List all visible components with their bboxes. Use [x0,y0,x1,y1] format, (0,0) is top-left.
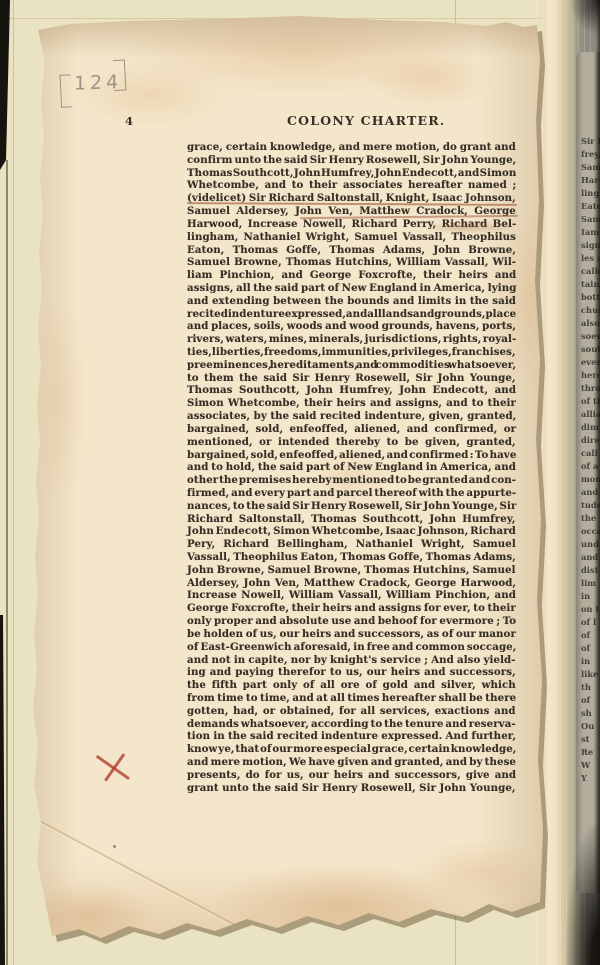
text-fragment-line: and [581,551,600,564]
text-line: and to hold, the said part of New Englan… [187,461,516,474]
text-line: firmed, and every part and parcel thereo… [187,487,516,500]
text-line: other the premises hereby mentioned to b… [187,474,516,487]
text-line: mentioned, or intended thereby to be giv… [187,436,516,449]
text-line: to them the said Sir Henry Rosewell, Sir… [187,372,516,385]
red-x-mark [95,752,135,784]
text-fragment-line: botto [581,291,600,304]
text-fragment-line: in [581,590,600,603]
text-fragment-line: Sir R [581,135,600,148]
text-fragment-line: on t [581,603,600,616]
text-line: of East-Greenwich aforesaid, in free and… [187,641,516,654]
red-x-stroke [104,753,125,782]
pencil-folio-note: 124 [59,58,133,110]
text-fragment-line: mon [581,473,600,486]
scan-edge-shadow [6,160,8,965]
text-fragment-line: of [581,629,600,642]
text-line: liam Pinchion, and George Foxcrofte, the… [187,269,516,282]
text-fragment-line: signs, [581,239,600,252]
text-fragment-line: of a [581,460,600,473]
text-line: only proper and absolute use and behoof … [187,615,516,628]
text-fragment-line: call [581,447,600,460]
text-line: Vassall, Theophilus Eaton, Thomas Goffe,… [187,551,516,564]
text-line: ing and paying therefor to us, our heirs… [187,666,516,679]
text-fragment-line: of [581,642,600,655]
text-line: demands whatsoever, according to the ten… [187,718,516,731]
text-line: Eaton, Thomas Goffe, Thomas Adams, John … [187,244,516,257]
text-line: and not in capite, nor by knight's servi… [187,654,516,667]
scan-shadow-bottom-right [566,825,600,965]
text-line: assigns, all the said part of New Englan… [187,282,516,295]
text-fragment-line: the [581,512,600,525]
text-line: associates, by the said recited indentur… [187,410,516,423]
text-line: bargained, sold, enfeoffed, aliened, and… [187,423,516,436]
text-fragment-line: of [581,694,600,707]
body-text: grace, certain knowledge, and mere motio… [187,141,516,794]
adjacent-page-text: Sir Rfrey,SamuHarwlinghEatonSamuIamsigns… [581,135,600,785]
text-line: gotten, had, or obtained, for all servic… [187,705,516,718]
text-fragment-line: and [581,486,600,499]
text-fragment-line: Samu [581,161,600,174]
text-fragment-line: W [581,759,600,772]
text-fragment-line: und [581,538,600,551]
backing-rule-line [13,0,14,965]
adjacent-page-sliver: Sir Rfrey,SamuHarwlinghEatonSamuIamsigns… [576,52,600,893]
text-line: from time to time, and at all times here… [187,692,516,705]
book-page: 124 4 COLONY CHARTER. grace, certain kno… [0,0,600,965]
scanned-book-photo: Sir Rfrey,SamuHarwlinghEatonSamuIamsigns… [0,0,600,965]
text-line: John Browne, Samuel Browne, Thomas Hutch… [187,564,516,577]
text-fragment-line: les a [581,252,600,265]
text-fragment-line: hered [581,369,600,382]
text-fragment-line: st [581,733,600,746]
text-fragment-line: frey, [581,148,600,161]
pencil-bracket-left-icon [59,74,72,108]
text-fragment-line: sout [581,343,600,356]
text-fragment-line: allia [581,408,600,421]
running-head: COLONY CHARTER. [287,113,445,128]
text-line: presents, do for us, our heirs and succe… [187,769,516,782]
ink-smudge [420,221,515,234]
text-line: confirm unto the said Sir Henry Rosewell… [187,154,516,167]
text-fragment-line: in [581,655,600,668]
text-line: Richard Saltonstall, Thomas Southcott, J… [187,513,516,526]
text-line: be holden of us, our heirs and successor… [187,628,516,641]
text-line: nances, to the said Sir Henry Rosewell, … [187,500,516,513]
text-line: preeminences, hereditaments, and commodi… [187,359,516,372]
text-fragment-line: dire [581,434,600,447]
text-line: John Endecott, Simon Whetcombe, Isaac Jo… [187,525,516,538]
text-line: bargained, sold, enfeoffed, aliened, and… [187,449,516,462]
text-line: the fifth part only of all ore of gold a… [187,679,516,692]
text-fragment-line: throu [581,382,600,395]
text-fragment-line: Ou [581,720,600,733]
text-fragment-line: occa [581,525,600,538]
text-fragment-line: tude [581,499,600,512]
text-fragment-line: of th [581,395,600,408]
text-fragment-line: Iam [581,226,600,239]
text-line: and places, soils, woods and wood ground… [187,320,516,333]
scan-shadow-top-right [570,0,600,34]
text-fragment-line: every [581,356,600,369]
text-fragment-line: Samu [581,213,600,226]
text-line: Aldersey, John Ven, Matthew Cradock, Geo… [187,577,516,590]
text-fragment-line: like [581,668,600,681]
text-fragment-line: Harw [581,174,600,187]
text-line: recited indenture expressed, and all lan… [187,308,516,321]
text-fragment-line: Y [581,772,600,785]
text-line: Whetcombe, and to their associates herea… [187,179,516,192]
text-line: rivers, waters, mines, minerals, jurisdi… [187,333,516,346]
text-line: know ye, that of our more especial grace… [187,743,516,756]
text-fragment-line: lingh [581,187,600,200]
text-fragment-line: chuse [581,304,600,317]
text-line: grace, certain knowledge, and mere motio… [187,141,516,154]
text-line: tion in the said recited indenture expre… [187,730,516,743]
text-line: and extending between the bounds and lim… [187,295,516,308]
paper-speck [113,845,116,848]
text-fragment-line: of l [581,616,600,629]
text-fragment-line: lim [581,577,600,590]
text-fragment-line: also [581,317,600,330]
text-line: Increase Nowell, William Vassall, Willia… [187,589,516,602]
text-line: George Foxcrofte, their heirs and assign… [187,602,516,615]
gutter-shadow [593,52,600,893]
text-line: ties, liberties, freedoms, immunities, p… [187,346,516,359]
text-line: and mere motion, We have given and grant… [187,756,516,769]
text-line: Pery, Richard Bellingham, Nathaniel Wrig… [187,538,516,551]
paper-crease [30,815,247,931]
text-line: Thomas Southcott, John Humfrey, John End… [187,384,516,397]
text-fragment-line: called [581,265,600,278]
text-fragment-line: tain [581,278,600,291]
text-line: Samuel Browne, Thomas Hutchins, William … [187,256,516,269]
text-line: Thomas Southcott, John Humfrey, John End… [187,167,516,180]
page-number: 4 [125,114,133,128]
text-fragment-line: sh [581,707,600,720]
text-fragment-line: Re [581,746,600,759]
text-line: grant unto the said Sir Henry Rosewell, … [187,782,516,795]
text-fragment-line: dim [581,421,600,434]
pencil-bracket-right-icon [113,59,127,91]
text-fragment-line: th [581,681,600,694]
text-line: Simon Whetcombe, their heirs and assigns… [187,397,516,410]
text-fragment-line: soev [581,330,600,343]
text-fragment-line: Eaton [581,200,600,213]
text-fragment-line: dist [581,564,600,577]
